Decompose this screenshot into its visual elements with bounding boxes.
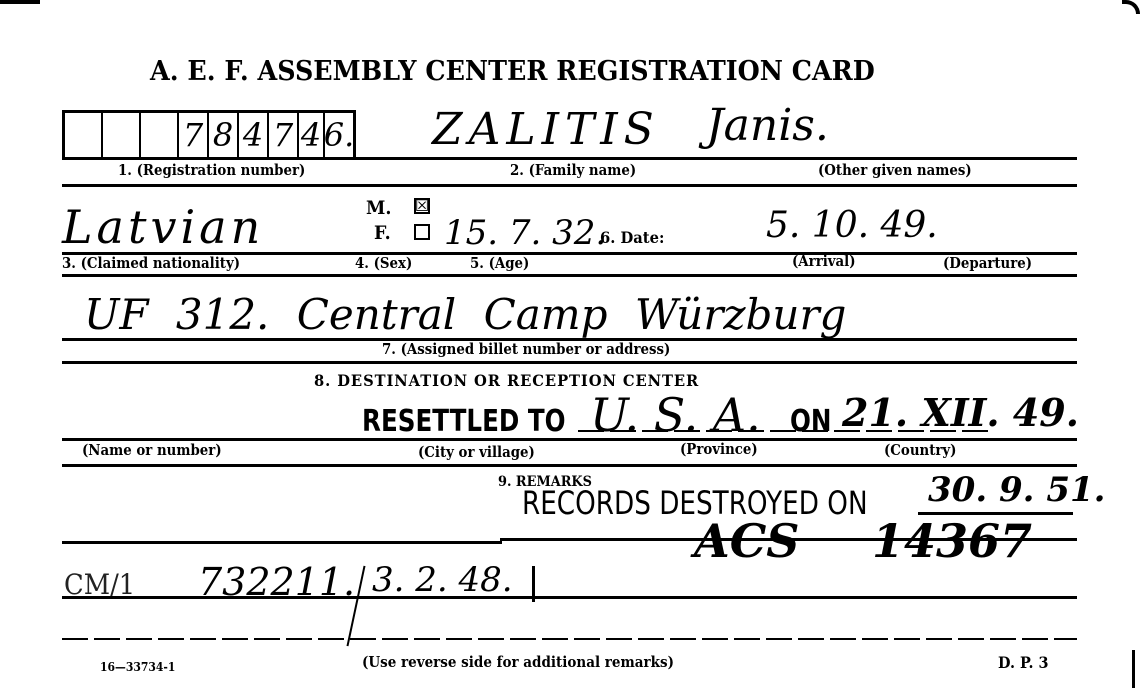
reg-digit [141, 113, 179, 157]
age-value: 15. 7. 32. [444, 213, 606, 253]
row3-rule-bottom [62, 361, 1077, 364]
row4-rule-bottom [62, 464, 1077, 467]
sex-female-checkbox[interactable] [414, 224, 430, 240]
form-code: D. P. 3 [998, 653, 1048, 672]
row4-rule-top [62, 438, 1077, 441]
family-name-value: ZALITIS [432, 104, 660, 155]
resettled-on-stamp: ON [790, 404, 832, 439]
nationality-label: 3. (Claimed nationality) [62, 255, 240, 272]
arrival-date-value: 5. 10. 49. [766, 205, 938, 246]
resettled-stamp: RESETTLED TO [362, 404, 566, 439]
age-label: 5. (Age) [470, 255, 529, 272]
sex-male-checkbox[interactable]: ☒ [414, 198, 430, 214]
reg-digit [65, 113, 103, 157]
corner-mark-top-right [1122, 0, 1140, 14]
registration-card: A. E. F. ASSEMBLY CENTER REGISTRATION CA… [0, 0, 1140, 688]
extra-entry-date: 3. 2. 48. [372, 560, 513, 600]
acs-code: ACS [694, 514, 800, 568]
acs-number: 14367 [872, 514, 1032, 568]
destination-country-label: (Country) [884, 442, 956, 459]
row1-rule-bottom [62, 184, 1077, 187]
resettled-underline [578, 430, 988, 432]
reg-digit: 7 [179, 113, 209, 157]
reg-digit: 7 [269, 113, 299, 157]
row2-rule-bottom [62, 274, 1077, 277]
destination-name-label: (Name or number) [82, 442, 222, 459]
given-names-value: Janis. [706, 100, 829, 151]
reg-digit [103, 113, 141, 157]
remarks-rule-2 [62, 596, 1077, 599]
billet-value: UF 312. Central Camp Würzburg [84, 290, 846, 339]
remarks-rule-left-1 [62, 541, 502, 544]
sex-female-label: F. [374, 222, 391, 244]
arrival-label: (Arrival) [792, 253, 856, 270]
resettled-date-value: 21. XII. 49. [842, 390, 1079, 435]
reg-digit: 8 [209, 113, 239, 157]
sex-male-label: M. [366, 197, 391, 219]
records-destroyed-date: 30. 9. 51. [928, 470, 1105, 510]
reg-digit: 6. [325, 113, 353, 157]
nationality-value: Latvian [62, 200, 264, 254]
date-label: 6. Date: [600, 228, 664, 247]
corner-mark-top-left [0, 0, 40, 4]
family-name-label: 2. (Family name) [510, 162, 636, 179]
sex-label: 4. (Sex) [355, 255, 412, 272]
corner-mark-bottom-right [1132, 650, 1135, 688]
registration-number-label: 1. (Registration number) [118, 162, 305, 179]
footer-note: (Use reverse side for additional remarks… [362, 653, 674, 671]
form-number: 16—33734-1 [100, 660, 175, 674]
reg-digit: 4 [239, 113, 269, 157]
destination-country-value: U. S. A. [590, 388, 761, 442]
card-title: A. E. F. ASSEMBLY CENTER REGISTRATION CA… [150, 56, 875, 87]
billet-label: 7. (Assigned billet number or address) [382, 341, 670, 358]
reg-digit: 4 [299, 113, 325, 157]
destination-province-label: (Province) [680, 441, 758, 458]
destination-city-label: (City or village) [418, 444, 535, 461]
remarks-rule-3 [62, 638, 1077, 640]
row1-rule-top [62, 157, 1077, 160]
registration-number-box: 7 8 4 7 4 6. [62, 110, 356, 160]
departure-label: (Departure) [943, 255, 1032, 272]
other-given-names-label: (Other given names) [818, 162, 972, 179]
